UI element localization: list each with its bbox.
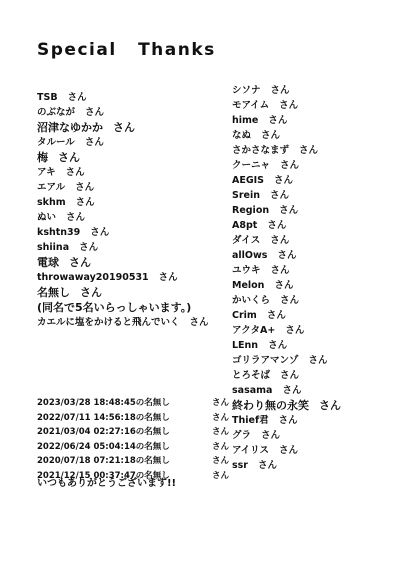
page-title: Special Thanks [37, 40, 216, 60]
list-item: 名無しさん [37, 285, 209, 300]
timestamp-thanks-list: 2023/03/28 18:48:45の名無しさん 2022/07/11 14:… [37, 396, 229, 483]
list-item: なぬさん [232, 128, 341, 143]
list-item: ssrさん [232, 458, 341, 473]
list-item: Melonさん [232, 278, 341, 293]
list-item: 終わり無の永笑さん [232, 398, 341, 413]
list-item: 2020/07/18 07:21:18の名無しさん [37, 454, 229, 469]
list-item: allOwsさん [232, 248, 341, 263]
list-item: 電球さん [37, 255, 209, 270]
list-item: LEnnさん [232, 338, 341, 353]
list-item-note: (同名で5名いらっしゃいます。) [37, 300, 209, 315]
list-item: sasamaさん [232, 383, 341, 398]
list-item: とろそばさん [232, 368, 341, 383]
closing-message: いつもありがとうございます!! [37, 474, 176, 489]
list-item: アクタA+さん [232, 323, 341, 338]
list-item: Thief君さん [232, 413, 341, 428]
list-item: グラさん [232, 428, 341, 443]
list-item: カエルに塩をかけると飛んでいくさん [37, 315, 209, 330]
list-item: A8ptさん [232, 218, 341, 233]
list-item: ユウキさん [232, 263, 341, 278]
list-item: Crimさん [232, 308, 341, 323]
list-item: Sreinさん [232, 188, 341, 203]
list-item: 2022/06/24 05:04:14の名無しさん [37, 440, 229, 455]
list-item: エアルさん [37, 180, 209, 195]
list-item: shiinaさん [37, 240, 209, 255]
list-item: throwaway20190531さん [37, 270, 209, 285]
list-item: アキさん [37, 165, 209, 180]
list-item: 2021/03/04 02:27:16の名無しさん [37, 425, 229, 440]
list-item: さかさなまずさん [232, 143, 341, 158]
list-item: タルールさん [37, 135, 209, 150]
list-item: TSBさん [37, 90, 209, 105]
list-item: かいくらさん [232, 293, 341, 308]
list-item: Regionさん [232, 203, 341, 218]
list-item: モアイムさん [232, 98, 341, 113]
list-item: himeさん [232, 113, 341, 128]
list-item: アイリスさん [232, 443, 341, 458]
list-item: 梅さん [37, 150, 209, 165]
list-item: のぶながさん [37, 105, 209, 120]
list-item: 2023/03/28 18:48:45の名無しさん [37, 396, 229, 411]
list-item: skhmさん [37, 195, 209, 210]
list-item: 2022/07/11 14:56:18の名無しさん [37, 411, 229, 426]
list-item: ゴリラアマンゾさん [232, 353, 341, 368]
list-item: ぬいさん [37, 210, 209, 225]
left-thanks-list: TSBさん のぶながさん 沼津なゆかかさん タルールさん 梅さん アキさん エア… [37, 90, 209, 330]
list-item: AEGISさん [232, 173, 341, 188]
list-item: クーニャさん [232, 158, 341, 173]
list-item: シソナさん [232, 83, 341, 98]
list-item: kshtn39さん [37, 225, 209, 240]
list-item: ダイスさん [232, 233, 341, 248]
right-thanks-list: シソナさん モアイムさん himeさん なぬさん さかさなまずさん クーニャさん… [232, 83, 341, 473]
list-item: 沼津なゆかかさん [37, 120, 209, 135]
